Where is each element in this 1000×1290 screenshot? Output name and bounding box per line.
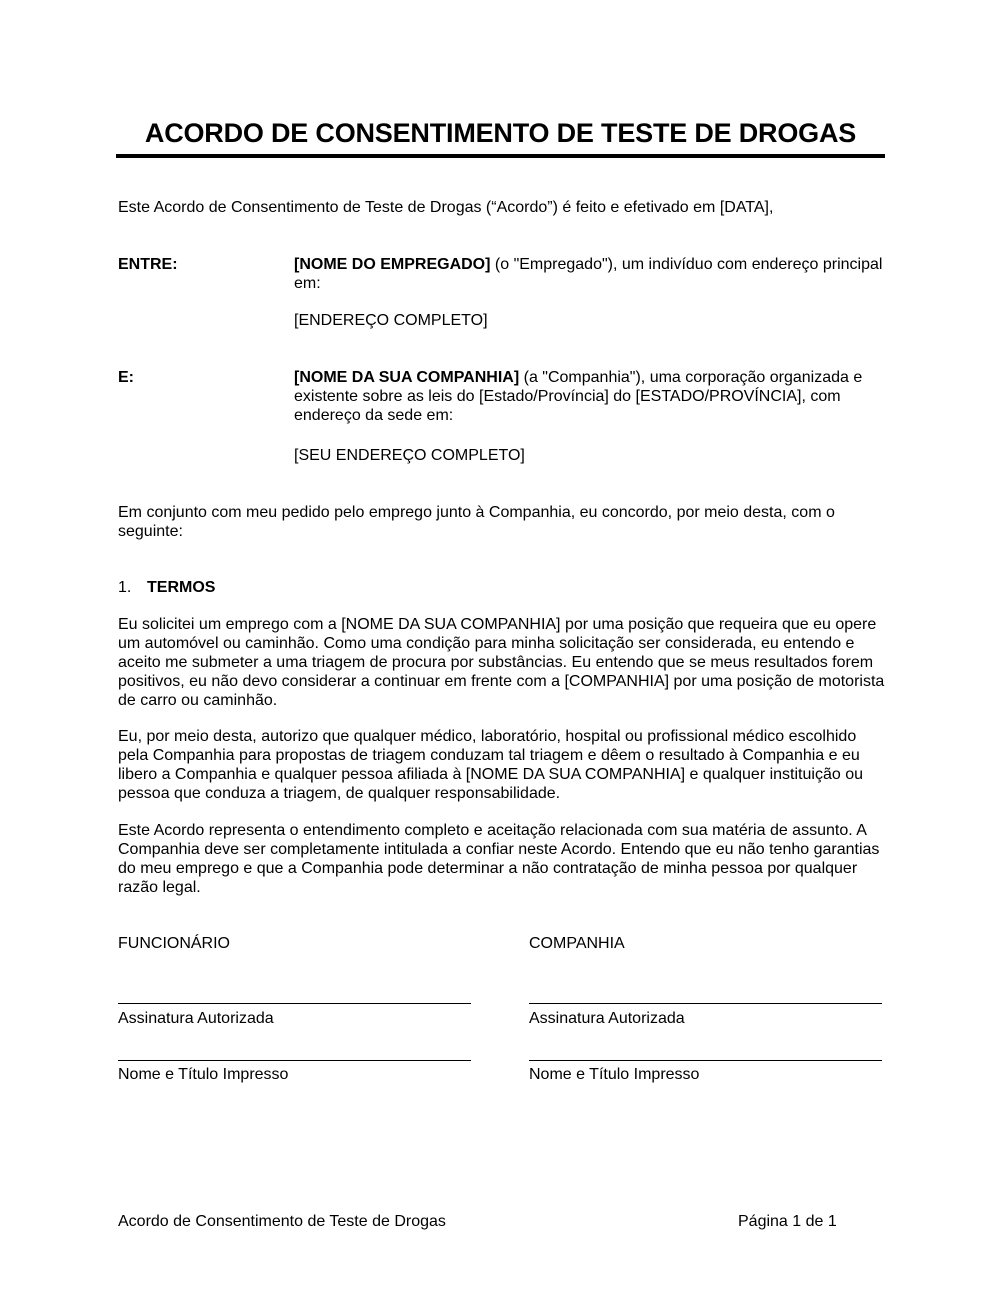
footer-document-name: Acordo de Consentimento de Teste de Drog…	[118, 1212, 446, 1231]
terms-paragraph-3: Este Acordo representa o entendimento co…	[118, 821, 888, 897]
party-label-between: ENTRE:	[118, 255, 178, 274]
signature-heading-employee: FUNCIONÁRIO	[118, 934, 230, 953]
employee-name-placeholder: [NOME DO EMPREGADO]	[294, 256, 490, 273]
name-title-label-company: Nome e Título Impresso	[529, 1065, 699, 1084]
footer-page-number: Página 1 de 1	[738, 1212, 837, 1231]
signature-label-company: Assinatura Autorizada	[529, 1009, 685, 1028]
party-company-description: [NOME DA SUA COMPANHIA] (a "Companhia"),…	[294, 368, 884, 425]
party-label-and: E:	[118, 368, 134, 387]
preamble-paragraph: Em conjunto com meu pedido pelo emprego …	[118, 503, 888, 541]
name-title-label-employee: Nome e Título Impresso	[118, 1065, 288, 1084]
party-employee-description: [NOME DO EMPREGADO] (o "Empregado"), um …	[294, 255, 884, 293]
employee-address-placeholder: [ENDEREÇO COMPLETO]	[294, 311, 884, 330]
section-title: TERMOS	[147, 578, 215, 597]
terms-paragraph-1: Eu solicitei um emprego com a [NOME DA S…	[118, 615, 888, 710]
company-name-placeholder: [NOME DA SUA COMPANHIA]	[294, 369, 519, 386]
name-title-line-company[interactable]	[529, 1060, 882, 1061]
title-divider	[116, 154, 885, 158]
company-address-placeholder: [SEU ENDEREÇO COMPLETO]	[294, 446, 884, 465]
section-number: 1.	[118, 578, 131, 597]
signature-line-employee[interactable]	[118, 1003, 471, 1004]
document-title: ACORDO DE CONSENTIMENTO DE TESTE DE DROG…	[116, 114, 885, 152]
intro-paragraph: Este Acordo de Consentimento de Teste de…	[118, 198, 888, 217]
signature-label-employee: Assinatura Autorizada	[118, 1009, 274, 1028]
signature-line-company[interactable]	[529, 1003, 882, 1004]
name-title-line-employee[interactable]	[118, 1060, 471, 1061]
signature-heading-company: COMPANHIA	[529, 934, 625, 953]
terms-paragraph-2: Eu, por meio desta, autorizo que qualque…	[118, 727, 888, 803]
